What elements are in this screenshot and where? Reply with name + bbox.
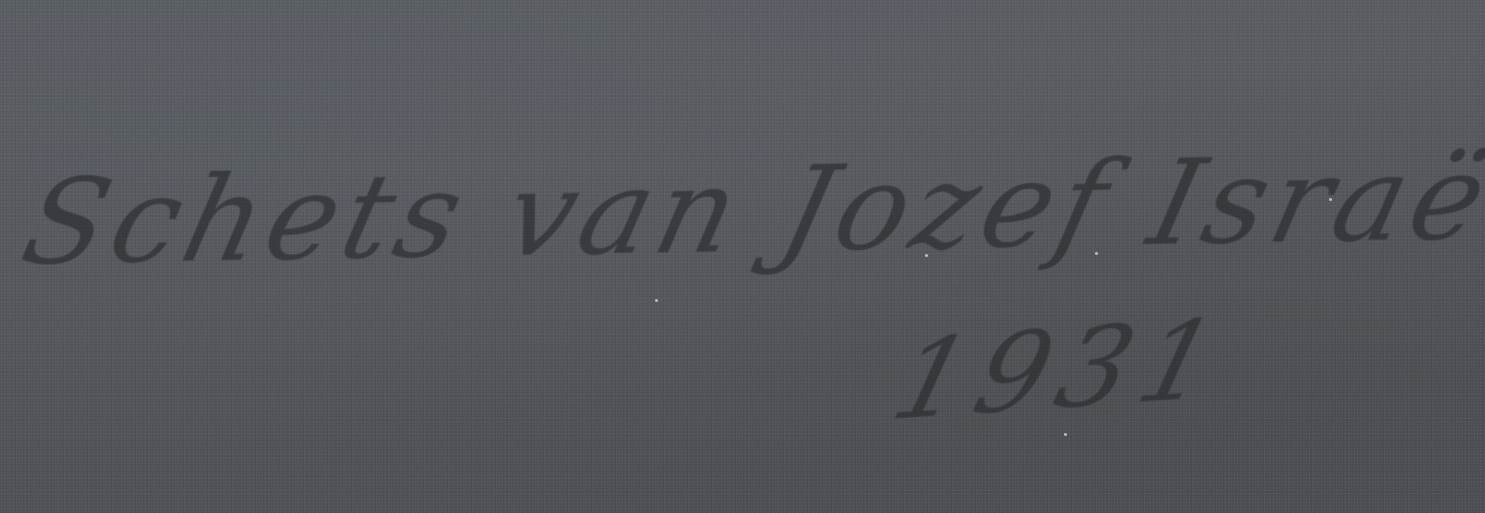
paper-speck bbox=[1095, 252, 1098, 255]
handwritten-inscription: Schets van Jozef Israëls bbox=[13, 136, 1485, 281]
paper-speck bbox=[1064, 433, 1067, 436]
paper-speck bbox=[655, 299, 658, 302]
handwritten-year: 1931 bbox=[883, 304, 1237, 436]
paper-speck bbox=[1329, 198, 1332, 201]
gray-paper-background: Schets van Jozef Israëls 1931 bbox=[0, 0, 1485, 513]
paper-speck bbox=[925, 254, 928, 257]
